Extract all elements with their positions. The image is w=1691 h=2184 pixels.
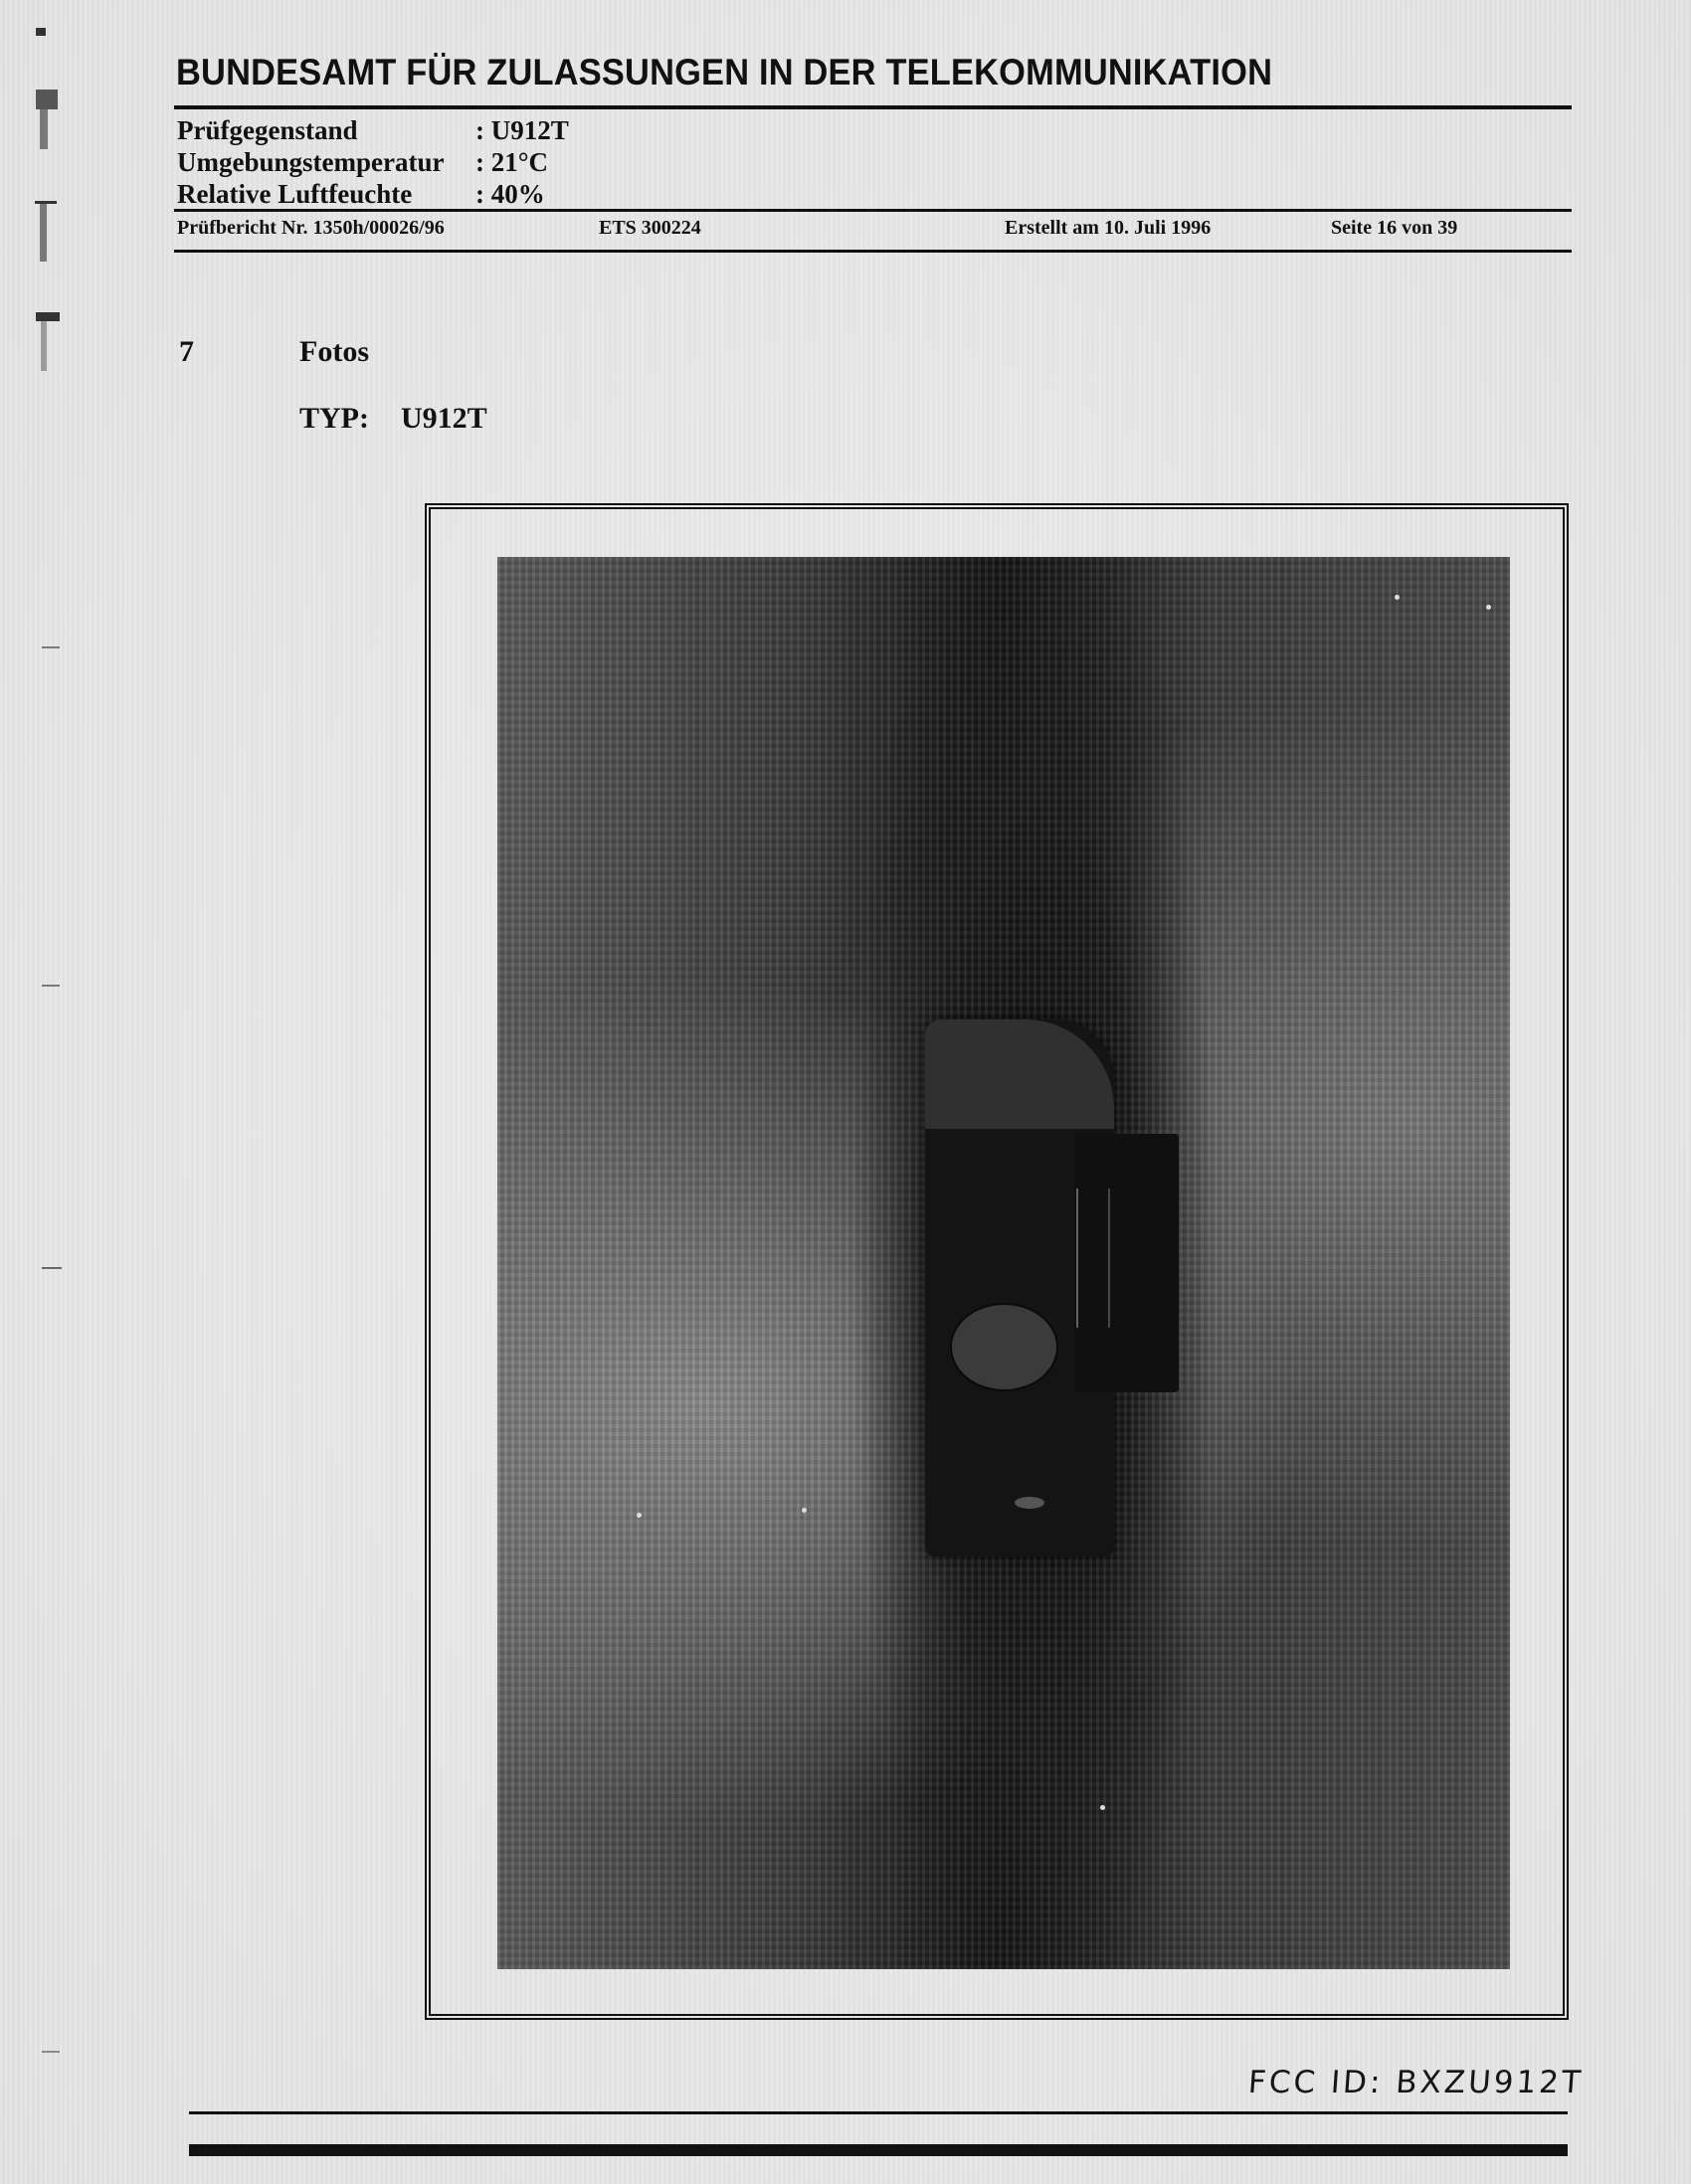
scan-artifact (42, 646, 60, 648)
standard-number: ETS 300224 (599, 217, 701, 240)
scan-artifact (40, 109, 48, 149)
field-ambient-temperature: Umgebungstemperatur: 21°C (177, 147, 548, 178)
pager-round-button (950, 1303, 1058, 1391)
field-label: Prüfgegenstand (177, 115, 475, 146)
field-label: Umgebungstemperatur (177, 147, 475, 178)
type-label: TYP: (299, 402, 369, 436)
field-label: Relative Luftfeuchte (177, 179, 475, 210)
photo-speck (637, 1513, 642, 1518)
report-number: Prüfbericht Nr. 1350h/00026/96 (177, 217, 445, 240)
field-value: : U912T (475, 115, 569, 145)
agency-title: BUNDESAMT FÜR ZULASSUNGEN IN DER TELEKOM… (176, 52, 1272, 93)
footer-rule (189, 2111, 1568, 2114)
pager-lower-detail (1015, 1497, 1044, 1509)
field-relative-humidity: Relative Luftfeuchte: 40% (177, 179, 545, 210)
header-rule (174, 209, 1572, 212)
field-test-object: Prüfgegenstand: U912T (177, 115, 569, 146)
creation-date: Erstellt am 10. Juli 1996 (1005, 217, 1211, 240)
photo-speck (1395, 595, 1400, 600)
scan-artifact (42, 985, 60, 987)
field-value: : 21°C (475, 147, 548, 177)
scan-artifact (36, 312, 60, 321)
footer-rule (189, 2144, 1568, 2156)
scan-artifact (36, 28, 46, 36)
scan-artifact (41, 321, 47, 371)
type-value: U912T (401, 402, 487, 436)
header-rule (174, 105, 1572, 109)
scan-artifact (36, 90, 58, 109)
photo-speck (1100, 1805, 1105, 1810)
section-number: 7 (179, 335, 194, 369)
scan-artifact (42, 1267, 62, 1269)
photo-speck (1486, 605, 1491, 610)
field-value: : 40% (475, 179, 545, 209)
fcc-id-handwritten: FCC ID: BXZU912T (1247, 2065, 1585, 2100)
scan-artifact (42, 2051, 60, 2053)
page-number: Seite 16 von 39 (1331, 217, 1457, 240)
scan-artifact (40, 204, 47, 262)
photo-speck (802, 1508, 807, 1513)
section-title: Fotos (299, 335, 369, 369)
pager-clip-highlight (1076, 1188, 1110, 1328)
header-rule (174, 250, 1572, 253)
